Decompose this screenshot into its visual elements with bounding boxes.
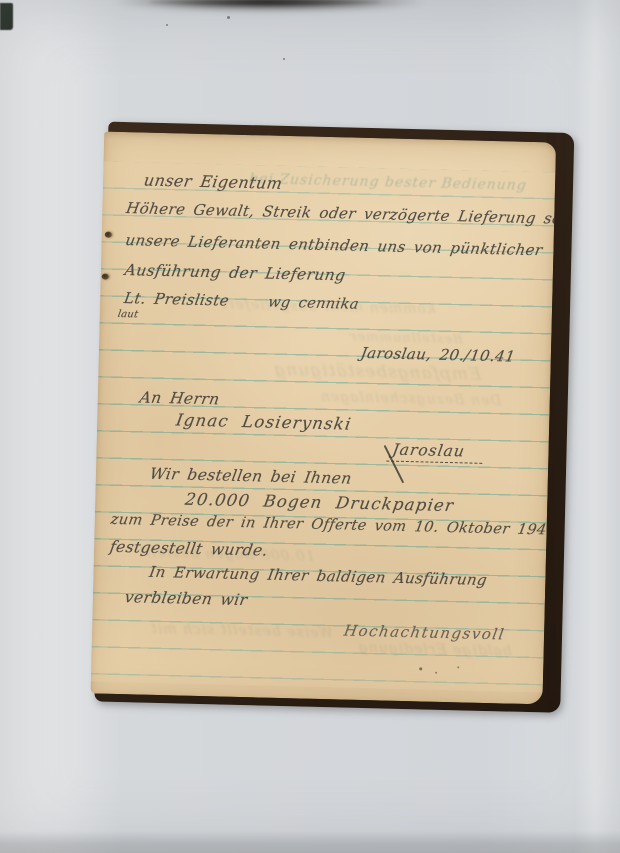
scan-bottom-shadow bbox=[0, 831, 620, 853]
handwriting-price-gloss: wg cennika bbox=[267, 295, 360, 313]
scan-corner-mark bbox=[0, 3, 13, 30]
handwriting-body-1: Wir bestellen bei Ihnen bbox=[148, 465, 353, 488]
handwriting-body-2: 20.000 Bogen Druckpapier bbox=[184, 490, 456, 515]
handwriting-line-clause-4: Ausführung der Lieferung bbox=[123, 261, 347, 284]
dust-speck bbox=[227, 16, 230, 19]
bleed-through-text: Den Bezugscheinlagen bbox=[319, 389, 502, 409]
handwriting-body-6: verbleiben wir bbox=[123, 588, 249, 609]
dust-speck bbox=[166, 24, 168, 26]
notebook: bei Zusicherung bester Bedienung kommen … bbox=[90, 122, 580, 721]
handwriting-body-5: In Erwartung Ihrer baldigen Ausführung bbox=[148, 563, 489, 589]
handwriting-recipient-name: Ignac Losierynski bbox=[175, 410, 354, 433]
notebook-page: bei Zusicherung bester Bedienung kommen … bbox=[91, 132, 557, 705]
handwriting-line-clause-3: unsere Lieferanten entbinden uns von pün… bbox=[124, 231, 544, 259]
bleed-through-text: Weise bestellt sich mit bbox=[149, 621, 333, 641]
handwriting-dateline: Jaroslau, 20./10.41 bbox=[359, 344, 516, 366]
stitch-hole bbox=[105, 232, 112, 238]
handwriting-price-reference: Lt. Preisliste bbox=[123, 289, 231, 309]
handwriting-body-4: festgestellt wurde. bbox=[109, 538, 270, 560]
bleed-through-text: bei Zusicherung bester Bedienung bbox=[248, 171, 528, 194]
handwriting-footnote-laut: laut bbox=[117, 309, 139, 320]
handwriting-line-clause-1: unser Eigentum bbox=[143, 171, 284, 193]
handwriting-line-clause-2: Höhere Gewalt, Streik oder verzögerte Li… bbox=[125, 199, 556, 229]
ink-speck bbox=[419, 667, 422, 670]
stitch-hole bbox=[102, 273, 109, 279]
dust-speck bbox=[283, 58, 285, 60]
handwriting-salutation: An Herrn bbox=[138, 388, 221, 408]
ink-speck bbox=[435, 672, 437, 674]
handwriting-body-3: zum Preise der in Ihrer Offerte vom 10. … bbox=[109, 512, 556, 539]
jaroslau-underline bbox=[386, 445, 482, 464]
scanner-smudge-core bbox=[150, 0, 380, 8]
ink-speck bbox=[457, 666, 459, 668]
